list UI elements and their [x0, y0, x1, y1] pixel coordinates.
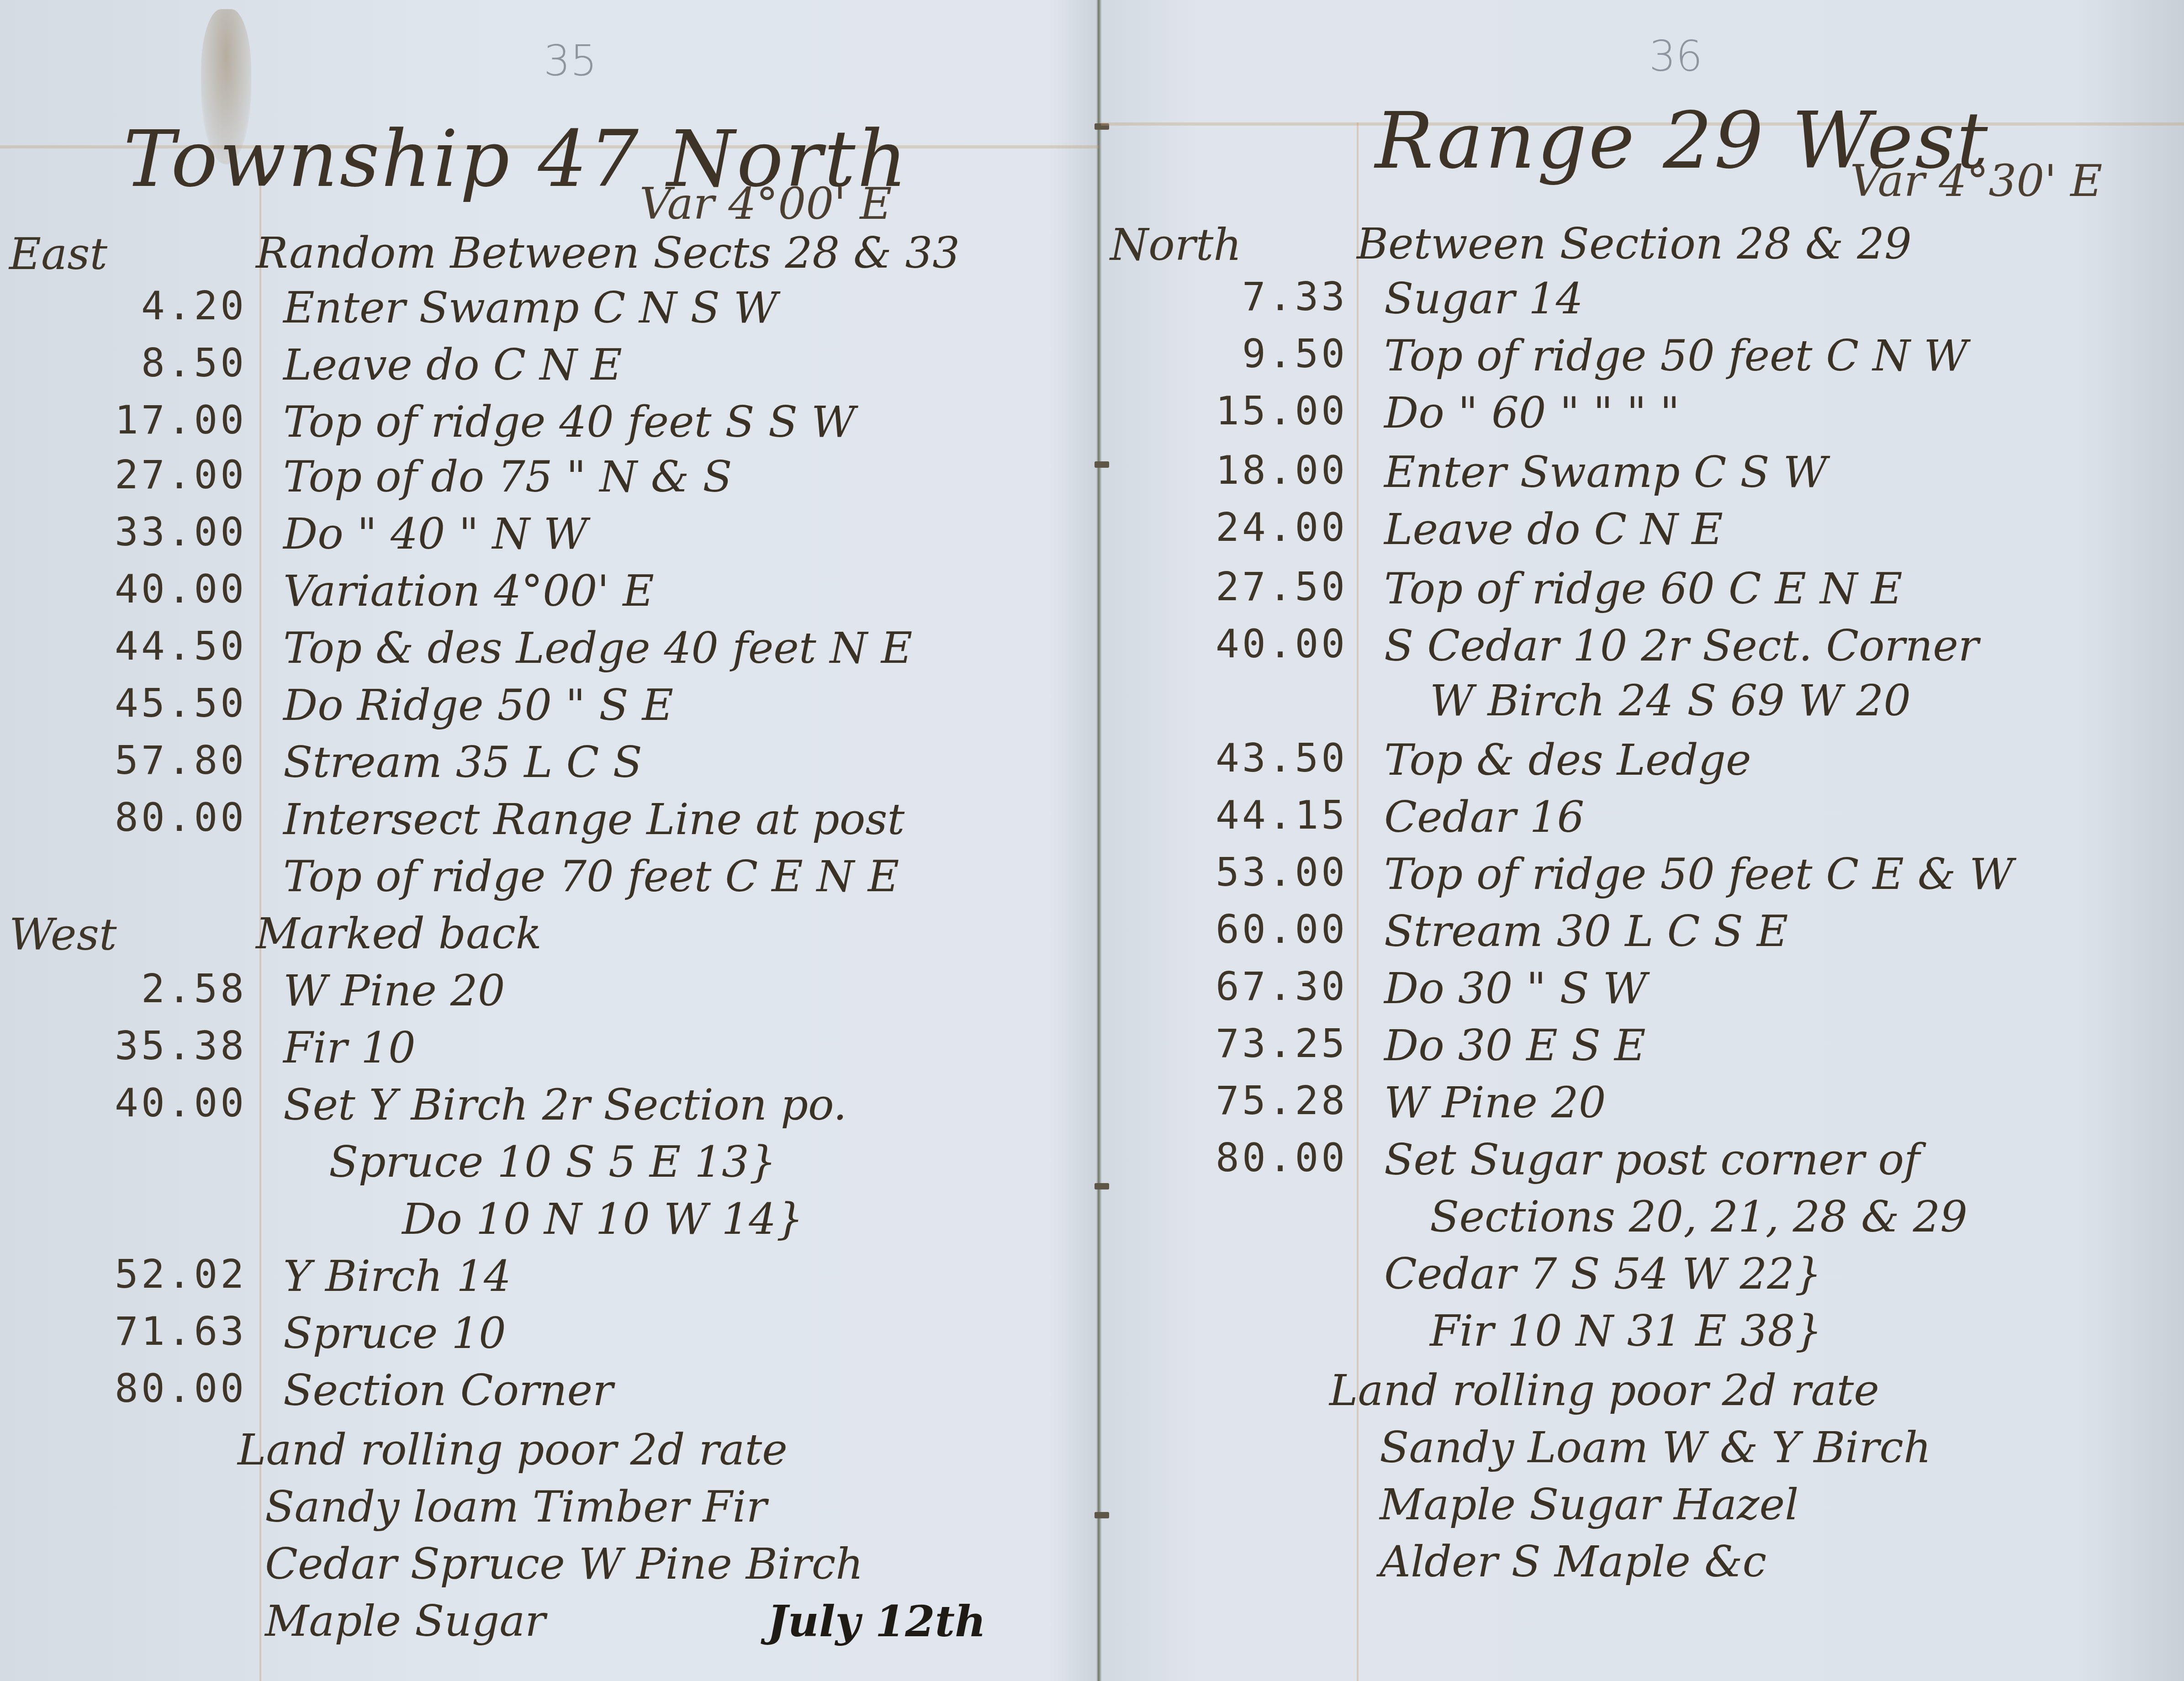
- distance: 71.63: [0, 1309, 247, 1354]
- distance: 75.28: [1101, 1078, 1348, 1124]
- land-notes-line: Sandy loam Timber Fir: [27, 1482, 1099, 1537]
- description: Stream 30 L C S E: [1384, 907, 1788, 957]
- description: Fir 10 N 31 E 38}: [1430, 1306, 1822, 1356]
- table-row: 27.50Top of ridge 60 C E N E: [1101, 564, 2184, 619]
- description: Top of ridge 40 feet S S W: [283, 397, 856, 447]
- table-row: 73.25Do 30 E S E: [1101, 1021, 2184, 1076]
- description: Leave do C N E: [283, 340, 622, 390]
- description: Set Sugar post corner of: [1384, 1135, 1920, 1185]
- table-row: 27.00Top of do 75 " N & S: [0, 452, 1099, 507]
- distance: 15.00: [1101, 388, 1348, 434]
- table-row: 57.80Stream 35 L C S: [0, 738, 1099, 793]
- entry-date: July 12th: [767, 1596, 986, 1647]
- distance: 8.50: [0, 340, 247, 386]
- line-description: Random Between Sects 28 & 33: [256, 228, 960, 278]
- distance: 18.00: [1101, 448, 1348, 493]
- table-row: 80.00Intersect Range Line at post: [0, 795, 1099, 850]
- table-row: Cedar 7 S 54 W 22}: [1101, 1249, 2184, 1304]
- distance: 44.50: [0, 624, 247, 669]
- distance: 60.00: [1101, 907, 1348, 952]
- left-page: 35 Township 47 North Var 4°00' E East Ra…: [0, 0, 1099, 1681]
- distance: 53.00: [1101, 850, 1348, 895]
- table-row: 35.38Fir 10: [0, 1023, 1099, 1078]
- notebook-spread: 35 Township 47 North Var 4°00' E East Ra…: [0, 0, 2184, 1681]
- distance: 24.00: [1101, 505, 1348, 550]
- description: Spruce 10 S 5 E 13}: [329, 1137, 777, 1187]
- description: Y Birch 14: [283, 1252, 511, 1301]
- table-row: 40.00Set Y Birch 2r Section po.: [0, 1080, 1099, 1135]
- table-row: 80.00Set Sugar post corner of: [1101, 1135, 2184, 1190]
- distance: 7.33: [1101, 274, 1348, 320]
- table-row: W Birch 24 S 69 W 20: [1101, 676, 2184, 731]
- distance: 33.00: [0, 509, 247, 555]
- table-row: Top of ridge 70 feet C E N E: [0, 852, 1099, 907]
- description: Top & des Ledge: [1384, 735, 1751, 785]
- direction: East: [9, 228, 107, 280]
- description: Top of ridge 50 feet C N W: [1384, 331, 1968, 381]
- table-row: 71.63Spruce 10: [0, 1309, 1099, 1364]
- description: Top of ridge 70 feet C E N E: [283, 852, 899, 902]
- land-notes-line: Land rolling poor 2d rate: [1101, 1366, 2184, 1421]
- description: Top of do 75 " N & S: [283, 452, 732, 502]
- table-row: Spruce 10 S 5 E 13}: [0, 1137, 1099, 1192]
- table-row: 40.00S Cedar 10 2r Sect. Corner: [1101, 621, 2184, 676]
- description: Top of ridge 60 C E N E: [1384, 564, 1903, 614]
- table-row: Do 10 N 10 W 14}: [0, 1195, 1099, 1249]
- table-row: 43.50Top & des Ledge: [1101, 735, 2184, 790]
- distance: 40.00: [1101, 621, 1348, 667]
- description: Do 30 E S E: [1384, 1021, 1646, 1071]
- distance: 40.00: [0, 566, 247, 612]
- magnetic-variation: Var 4°30' E: [1850, 155, 2102, 206]
- description: Enter Swamp C S W: [1384, 448, 1827, 497]
- distance: 9.50: [1101, 331, 1348, 377]
- description: Cedar 7 S 54 W 22}: [1384, 1249, 1822, 1299]
- description: S Cedar 10 2r Sect. Corner: [1384, 621, 1979, 671]
- description: Sugar 14: [1384, 274, 1583, 324]
- description: Stream 35 L C S: [283, 738, 642, 788]
- line-description: Between Section 28 & 29: [1357, 219, 1912, 269]
- table-row: 45.50Do Ridge 50 " S E: [0, 681, 1099, 735]
- description: Top & des Ledge 40 feet N E: [283, 624, 912, 673]
- land-notes-line: Land rolling poor 2d rate: [0, 1425, 1099, 1480]
- distance: 4.20: [0, 283, 247, 329]
- distance: 67.30: [1101, 964, 1348, 1010]
- description: Sections 20, 21, 28 & 29: [1430, 1192, 1967, 1242]
- distance: 27.00: [0, 452, 247, 498]
- page-number: 35: [544, 37, 597, 85]
- table-row: 4.20Enter Swamp C N S W: [0, 283, 1099, 338]
- table-row: 24.00Leave do C N E: [1101, 505, 2184, 560]
- right-page: 36 Range 29 West Var 4°30' E North Betwe…: [1101, 0, 2184, 1681]
- direction: West: [9, 909, 117, 960]
- distance: 35.38: [0, 1023, 247, 1069]
- distance: 80.00: [0, 1366, 247, 1411]
- description: Intersect Range Line at post: [283, 795, 904, 845]
- line-header: East Random Between Sects 28 & 33: [0, 228, 1099, 283]
- description: Do Ridge 50 " S E: [283, 681, 673, 730]
- page-number: 36: [1649, 32, 1703, 81]
- table-row: 67.30Do 30 " S W: [1101, 964, 2184, 1019]
- description: Enter Swamp C N S W: [283, 283, 777, 333]
- table-row: 75.28W Pine 20: [1101, 1078, 2184, 1133]
- table-row: 15.00Do " 60 " " " ": [1101, 388, 2184, 443]
- table-row: 44.50Top & des Ledge 40 feet N E: [0, 624, 1099, 678]
- table-row: 52.02Y Birch 14: [0, 1252, 1099, 1306]
- land-notes-line: Maple Sugar July 12th: [27, 1596, 1099, 1651]
- magnetic-variation: Var 4°00' E: [640, 178, 892, 229]
- distance: 52.02: [0, 1252, 247, 1297]
- distance: 45.50: [0, 681, 247, 726]
- table-row: 17.00Top of ridge 40 feet S S W: [0, 397, 1099, 452]
- distance: 44.15: [1101, 793, 1348, 838]
- land-notes-line: Cedar Spruce W Pine Birch: [27, 1539, 1099, 1594]
- distance: 27.50: [1101, 564, 1348, 610]
- description: Do 10 N 10 W 14}: [402, 1195, 804, 1244]
- description: W Pine 20: [283, 966, 505, 1016]
- table-row: 2.58W Pine 20: [0, 966, 1099, 1021]
- table-row: 9.50Top of ridge 50 feet C N W: [1101, 331, 2184, 386]
- table-row: Sections 20, 21, 28 & 29: [1101, 1192, 2184, 1247]
- table-row: 80.00Section Corner: [0, 1366, 1099, 1421]
- distance: 2.58: [0, 966, 247, 1012]
- description: Do " 40 " N W: [283, 509, 587, 559]
- table-row: Fir 10 N 31 E 38}: [1101, 1306, 2184, 1361]
- table-row: 40.00Variation 4°00' E: [0, 566, 1099, 621]
- distance: 80.00: [0, 795, 247, 840]
- description: Do " 60 " " " ": [1384, 388, 1680, 438]
- line-header: West Marked back: [0, 909, 1099, 964]
- table-row: 60.00Stream 30 L C S E: [1101, 907, 2184, 962]
- description: Cedar 16: [1384, 793, 1584, 842]
- land-notes-line: Alder S Maple &c: [1101, 1537, 2184, 1592]
- description: Variation 4°00' E: [283, 566, 654, 616]
- line-header: North Between Section 28 & 29: [1101, 219, 2184, 274]
- description: Leave do C N E: [1384, 505, 1723, 555]
- distance: 43.50: [1101, 735, 1348, 781]
- description: Spruce 10: [283, 1309, 506, 1359]
- description: Set Y Birch 2r Section po.: [283, 1080, 847, 1130]
- table-row: 53.00Top of ridge 50 feet C E & W: [1101, 850, 2184, 904]
- description: W Birch 24 S 69 W 20: [1430, 676, 1911, 726]
- distance: 57.80: [0, 738, 247, 783]
- description: Section Corner: [283, 1366, 613, 1416]
- table-row: 33.00Do " 40 " N W: [0, 509, 1099, 564]
- table-row: 7.33Sugar 14: [1101, 274, 2184, 329]
- distance: 80.00: [1101, 1135, 1348, 1181]
- distance: 73.25: [1101, 1021, 1348, 1067]
- land-notes-line: Sandy Loam W & Y Birch: [1101, 1423, 2184, 1478]
- land-notes-line: Maple Sugar Hazel: [1101, 1480, 2184, 1535]
- distance: 40.00: [0, 1080, 247, 1126]
- direction: North: [1110, 219, 1242, 270]
- description: Fir 10: [283, 1023, 416, 1073]
- description: W Pine 20: [1384, 1078, 1606, 1128]
- table-row: 18.00Enter Swamp C S W: [1101, 448, 2184, 502]
- table-row: 8.50Leave do C N E: [0, 340, 1099, 395]
- description: Top of ridge 50 feet C E & W: [1384, 850, 2014, 899]
- line-description: Marked back: [256, 909, 542, 959]
- table-row: 44.15Cedar 16: [1101, 793, 2184, 847]
- distance: 17.00: [0, 397, 247, 443]
- description: Do 30 " S W: [1384, 964, 1647, 1014]
